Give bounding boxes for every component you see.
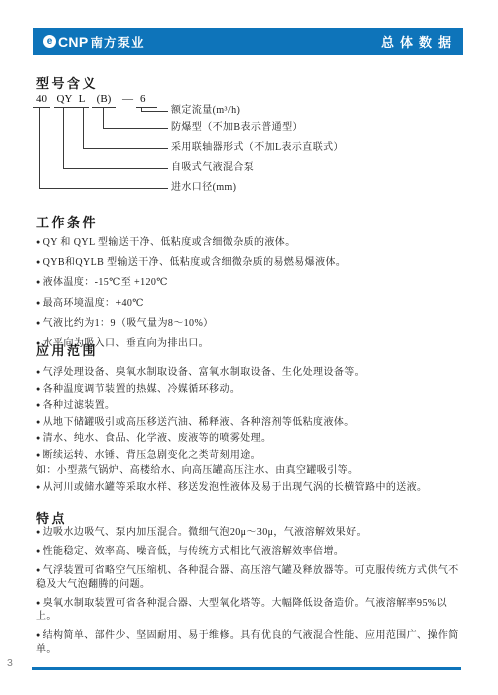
bullet-icon: ● (36, 599, 41, 607)
model-label: 防爆型（不加B表示普通型） (171, 122, 303, 134)
bullet-icon: ● (36, 566, 41, 574)
list-item: ●从地下储罐吸引或高压移送汽油、稀释液、各种溶剂等低粘度液体。 (36, 416, 460, 429)
model-label: 自吸式气液混合泵 (171, 162, 254, 174)
bullet-icon: ● (36, 451, 41, 459)
bullet-icon: ● (36, 238, 41, 246)
cnp-logo-icon: e (43, 35, 56, 48)
working-conditions-list: ●QY 和 QYL 型输送干净、低粘度或含细微杂质的液体。 ●QYB和QYLB … (36, 236, 460, 357)
model-part: 6 (136, 93, 157, 108)
section-title-working-conditions: 工作条件 (36, 216, 98, 230)
application-range-list: ●气浮处理设备、臭氧水制取设备、富氧水制取设备、生化处理设备等。 ●各种温度调节… (36, 366, 460, 497)
model-label: 采用联轴器形式（不加L表示直联式） (171, 142, 344, 154)
model-diagram: 40 QY L (B) — 6 额定流量(m³/h) 防爆型（不加B表示普通型）… (30, 90, 470, 200)
model-label: 进水口径(mm) (171, 182, 236, 194)
bullet-icon: ● (36, 483, 41, 491)
bullet-icon: ● (36, 319, 41, 327)
brand-cnp: CNP (58, 34, 88, 50)
model-part: (B) (92, 93, 116, 108)
model-connector-line (39, 107, 168, 189)
bullet-icon: ● (36, 401, 41, 409)
list-item: ●气浮装置可省略空气压缩机、各种混合器、高压溶气罐及释放器等。可克服传统方式供气… (36, 564, 460, 591)
list-item: ●气液比约为1：9（吸气量为8～10%） (36, 317, 460, 330)
brand-name: 南方泵业 (90, 33, 144, 51)
list-item: ●从河川或储水罐等采取水样、移送发泡性液体及易于出现气涡的长横管路中的送液。 (36, 481, 460, 494)
model-part: 40 (33, 93, 50, 108)
bullet-icon: ● (36, 385, 41, 393)
list-item: ●QY 和 QYL 型输送干净、低粘度或含细微杂质的液体。 (36, 236, 460, 249)
list-item: ●QYB和QYLB 型输送干净、低粘度或含细微杂质的易燃易爆液体。 (36, 256, 460, 269)
model-label: 额定流量(m³/h) (171, 105, 240, 117)
bullet-icon: ● (36, 434, 41, 442)
list-item: ●臭氧水制取装置可省各种混合器、大型氧化塔等。大幅降低设备造价。气液溶解率95%… (36, 597, 460, 624)
list-item: ●断续运转、水锤、背压急剧变化之类苛刻用途。 (36, 449, 460, 462)
list-item: ●各种温度调节装置的热媒、冷媒循环移动。 (36, 383, 460, 396)
note-line: 如：小型蒸气锅炉、高楼给水、向高压罐高压注水、由真空罐吸引等。 (36, 465, 460, 477)
list-item: ●清水、纯水、食品、化学液、废液等的喷雾处理。 (36, 432, 460, 445)
footer-page-number: 3 (7, 657, 13, 669)
features-list: ●边吸水边吸气、泵内加压混合。微细气泡20μ～30μ，气液溶解效果好。 ●性能稳… (36, 526, 460, 662)
bullet-icon: ● (36, 278, 41, 286)
bullet-icon: ● (36, 258, 41, 266)
header-bar: e CNP 南方泵业 总体数据 (33, 28, 463, 55)
cnp-logo: e CNP 南方泵业 (43, 33, 144, 51)
bullet-icon: ● (36, 299, 41, 307)
bullet-icon: ● (36, 418, 41, 426)
bullet-icon: ● (36, 547, 41, 555)
bullet-icon: ● (36, 528, 41, 536)
list-item: ●气浮处理设备、臭氧水制取设备、富氧水制取设备、生化处理设备等。 (36, 366, 460, 379)
list-item: ●液体温度：-15℃至 +120℃ (36, 276, 460, 289)
page-title: 总体数据 (381, 32, 457, 51)
page: { "colors": { "accent": "#0e74ba", "text… (0, 0, 498, 695)
model-dash: — (120, 93, 135, 107)
bullet-icon: ● (36, 631, 41, 639)
list-item: ●各种过滤装置。 (36, 399, 460, 412)
footer-rule (32, 667, 461, 670)
list-item: ●边吸水边吸气、泵内加压混合。微细气泡20μ～30μ，气液溶解效果好。 (36, 526, 460, 540)
section-title-application-range: 应用范围 (36, 344, 98, 358)
model-part: QY (54, 93, 75, 108)
section-title-features: 特点 (36, 512, 67, 526)
list-item: ●性能稳定、效率高、噪音低，与传统方式相比气液溶解效率倍增。 (36, 545, 460, 559)
list-item: ●水平向为吸入口、垂直向为排出口。 (36, 337, 460, 350)
list-item: ●最高环境温度：+40℃ (36, 297, 460, 310)
section-title-model-meaning: 型号含义 (36, 77, 98, 91)
model-part: L (75, 93, 89, 108)
bullet-icon: ● (36, 368, 41, 376)
list-item: ●结构简单、部件少、坚固耐用、易于维修。具有优良的气液混合性能、应用范围广、操作… (36, 629, 460, 656)
